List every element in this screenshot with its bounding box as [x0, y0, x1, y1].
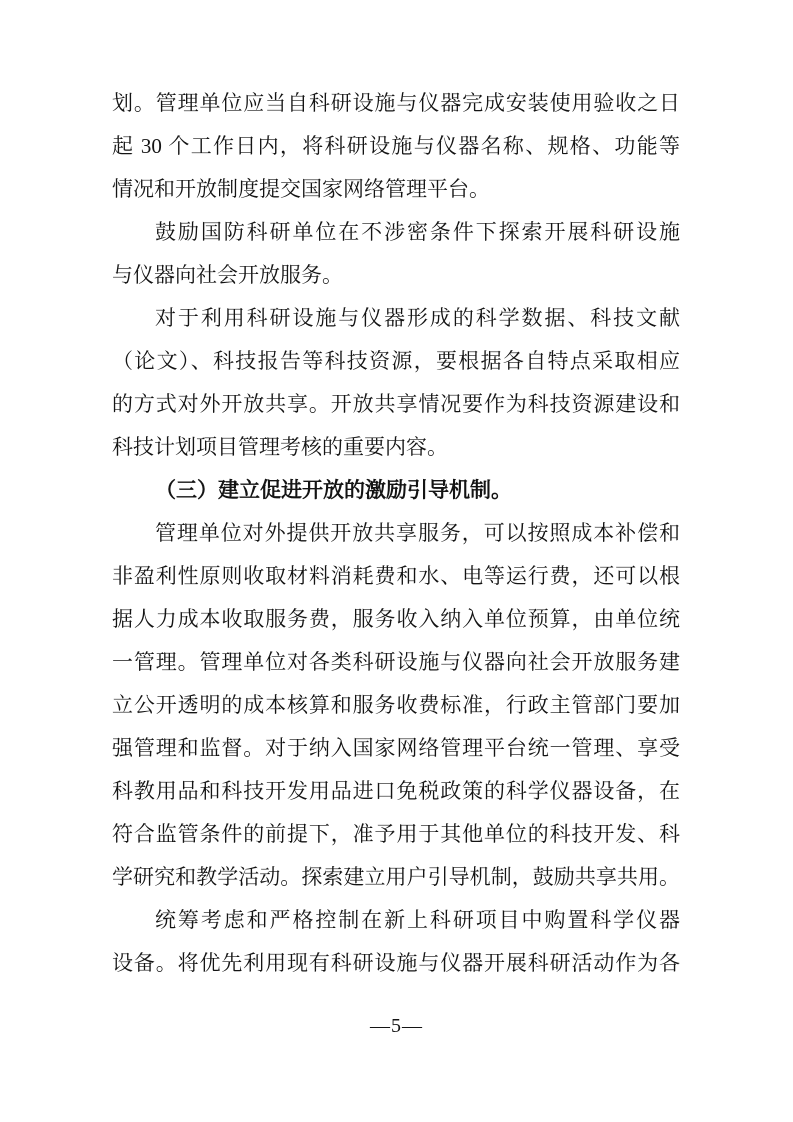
text-line: 科教用品和科技开发用品进口免税政策的科学仪器设备，在	[112, 770, 680, 813]
text-line: 划。管理单位应当自科研设施与仪器完成安装使用验收之日	[112, 82, 680, 125]
text-line: 与仪器向社会开放服务。	[112, 254, 680, 297]
text-line: 立公开透明的成本核算和服务收费标准，行政主管部门要加	[112, 684, 680, 727]
text-line: 符合监管条件的前提下，准予用于其他单位的科技开发、科	[112, 813, 680, 856]
text-line: 科技计划项目管理考核的重要内容。	[112, 426, 680, 469]
text-line: 统筹考虑和严格控制在新上科研项目中购置科学仪器	[112, 899, 680, 942]
text-line: 强管理和监督。对于纳入国家网络管理平台统一管理、享受	[112, 727, 680, 770]
text-line: 设备。将优先利用现有科研设施与仪器开展科研活动作为各	[112, 942, 680, 985]
text-line: 据人力成本收取服务费，服务收入纳入单位预算，由单位统	[112, 598, 680, 641]
text-line: 一管理。管理单位对各类科研设施与仪器向社会开放服务建	[112, 641, 680, 684]
text-line: 的方式对外开放共享。开放共享情况要作为科技资源建设和	[112, 383, 680, 426]
section-heading: （三）建立促进开放的激励引导机制。	[112, 469, 680, 512]
document-body: 划。管理单位应当自科研设施与仪器完成安装使用验收之日 起 30 个工作日内，将科…	[112, 82, 680, 985]
text-line: 起 30 个工作日内，将科研设施与仪器名称、规格、功能等	[112, 125, 680, 168]
text-line: 情况和开放制度提交国家网络管理平台。	[112, 168, 680, 211]
text-line: 学研究和教学活动。探索建立用户引导机制，鼓励共享共用。	[112, 856, 680, 899]
text-line: 管理单位对外提供开放共享服务，可以按照成本补偿和	[112, 512, 680, 555]
document-page: 划。管理单位应当自科研设施与仪器完成安装使用验收之日 起 30 个工作日内，将科…	[0, 0, 793, 1122]
text-line: 鼓励国防科研单位在不涉密条件下探索开展科研设施	[112, 211, 680, 254]
text-line: 非盈利性原则收取材料消耗费和水、电等运行费，还可以根	[112, 555, 680, 598]
text-line: 对于利用科研设施与仪器形成的科学数据、科技文献	[112, 297, 680, 340]
page-number: —5—	[0, 1008, 793, 1044]
text-line: （论文）、科技报告等科技资源，要根据各自特点采取相应	[112, 340, 680, 383]
